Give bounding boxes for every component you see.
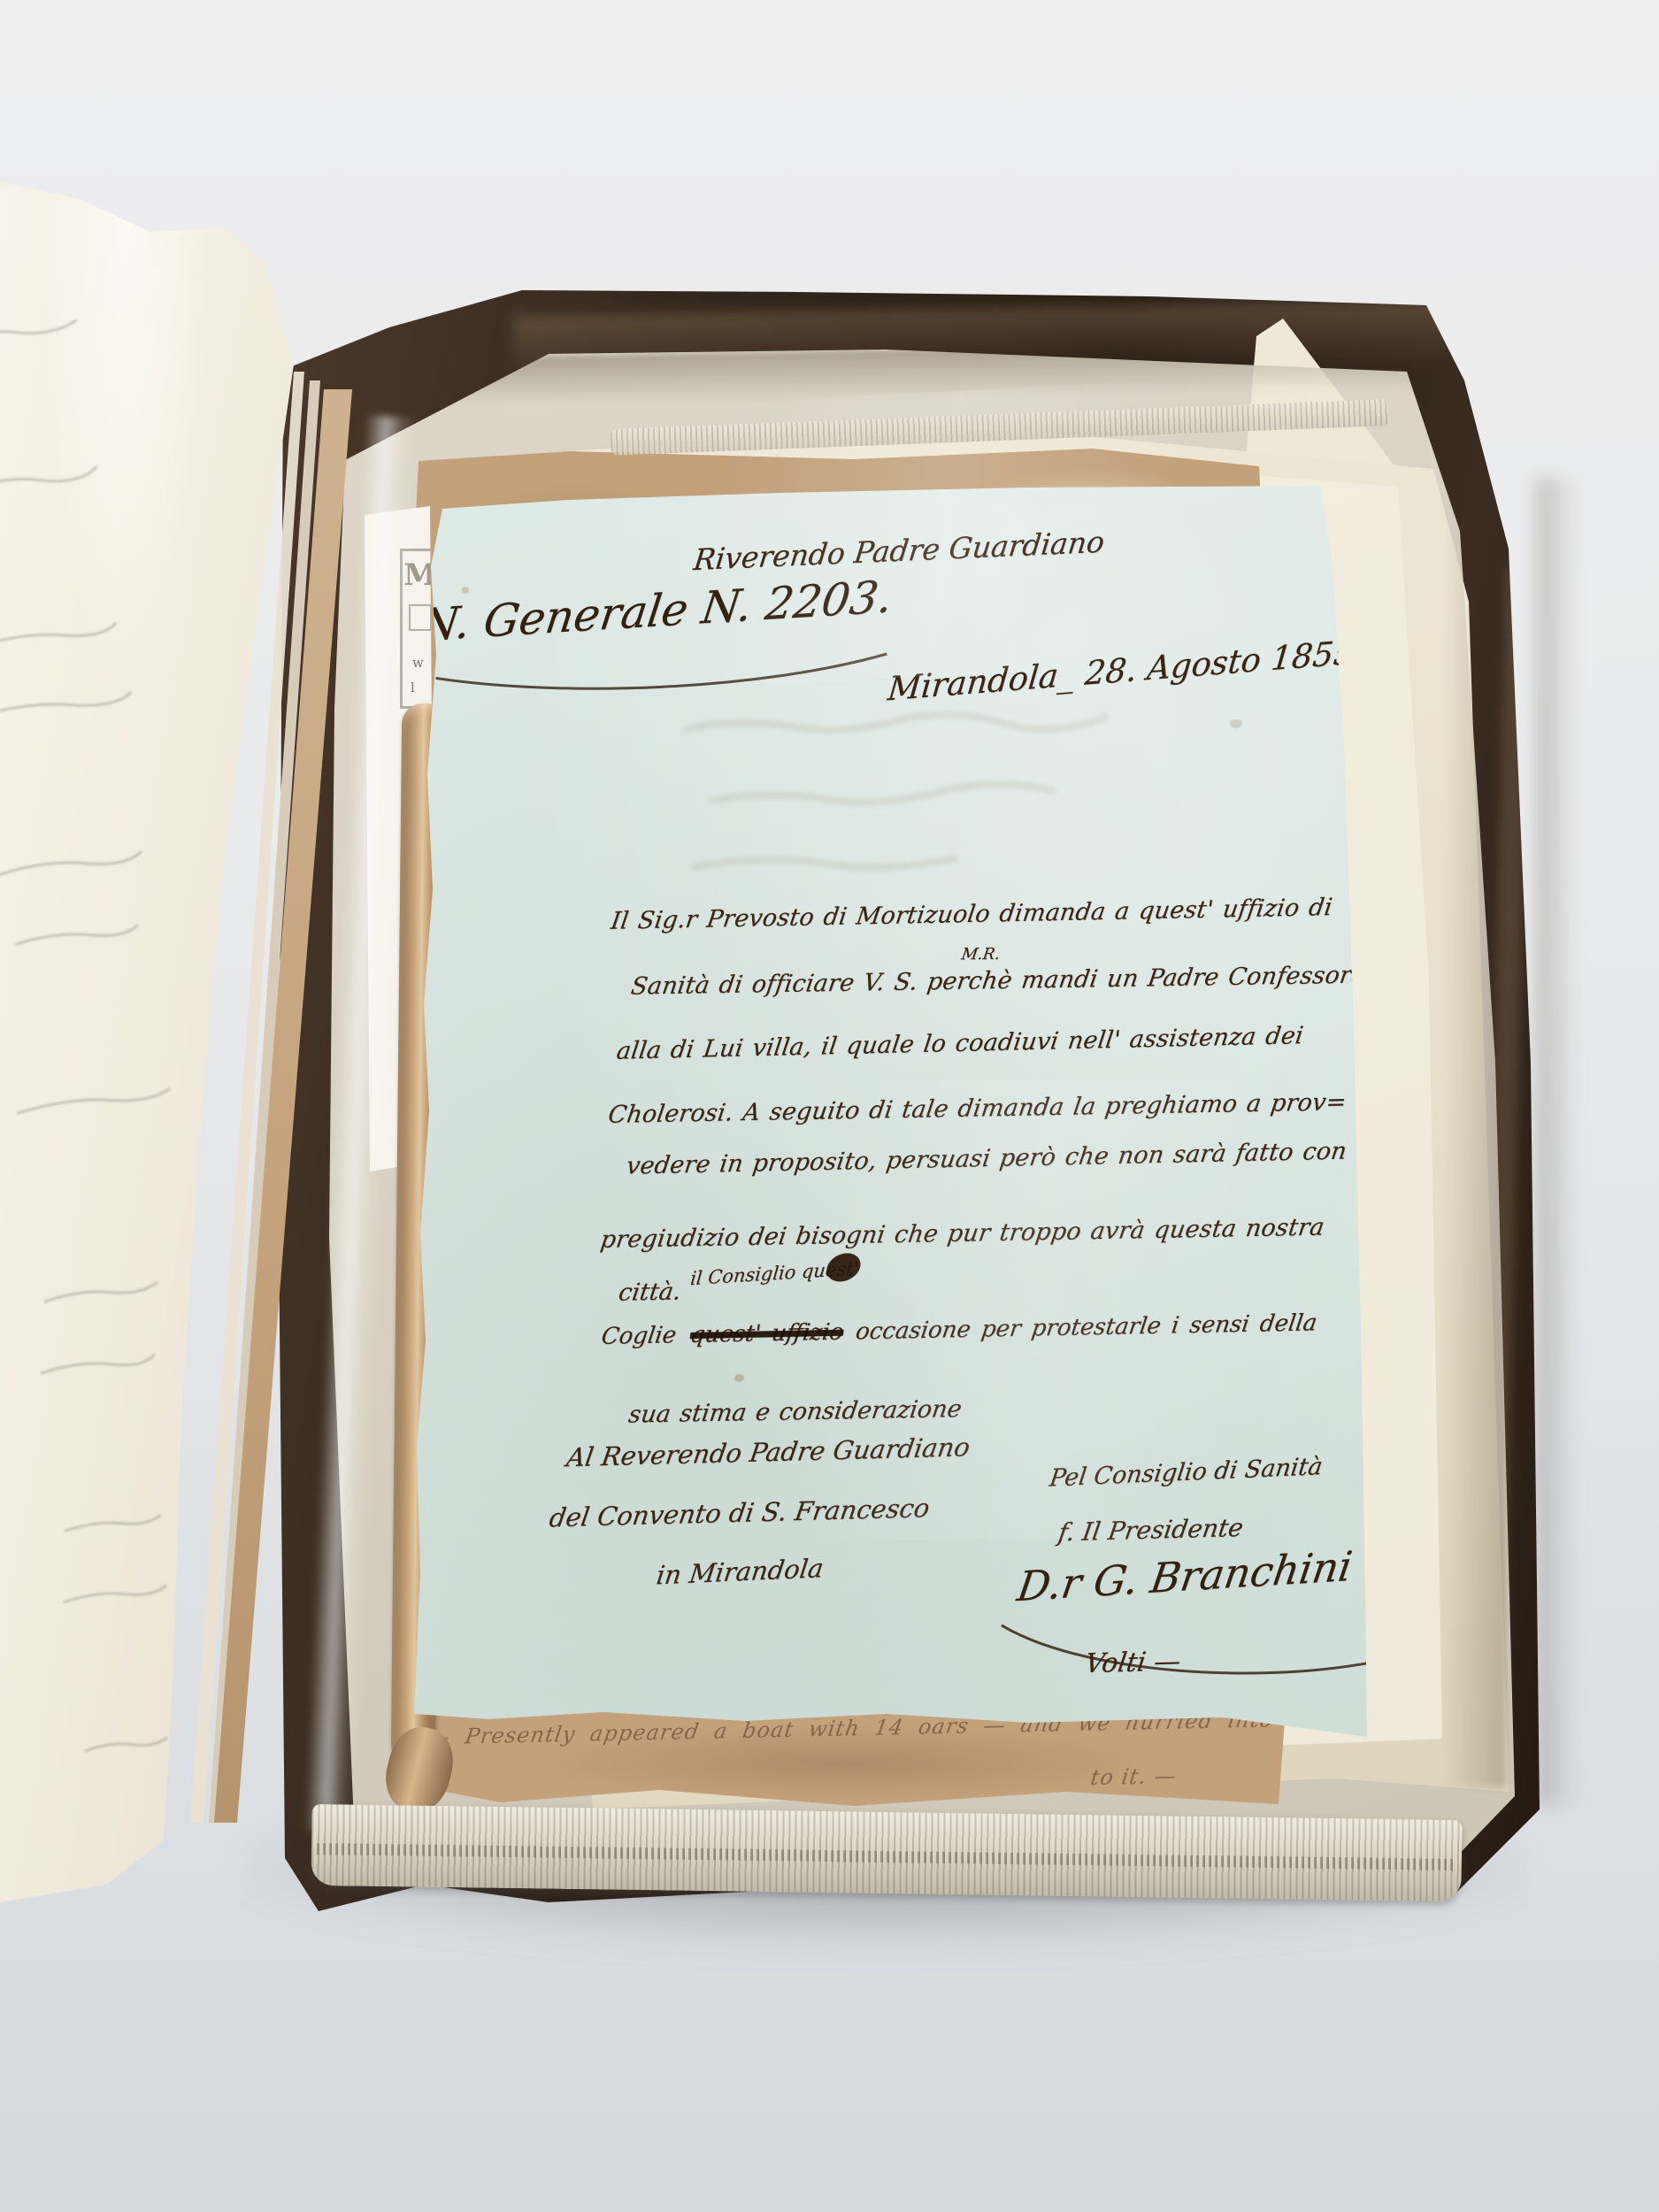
letter-closing-line: f. Il Presidente <box>1056 1513 1245 1548</box>
letter-body-line: vedere in proposito, persuasi però che n… <box>625 1138 1348 1180</box>
letter-body-line: Sanità di officiare V. S. perchè mandi u… <box>629 961 1368 1000</box>
ink-blot <box>822 1248 865 1286</box>
letter-last-line: sua stima e considerazione <box>626 1395 963 1429</box>
letter-closing-line: Pel Consiglio di Sanità <box>1048 1453 1324 1493</box>
line8-post: occasione per protestarle i sensi della <box>854 1310 1318 1345</box>
pencil-note-line-2: to it. — <box>1089 1763 1179 1790</box>
archive-photo: g — Presently appeared a boat with 14 oa… <box>0 0 1659 2212</box>
letter-body-line: alla di Lui villa, il quale lo coadiuvi … <box>615 1022 1305 1065</box>
letter-address-line: Al Reverendo Padre Guardiano <box>565 1432 972 1472</box>
letter-body-line: pregiudizio dei bisogni che pur troppo a… <box>599 1214 1326 1254</box>
sleeve-ribbed-bottom-edge <box>311 1804 1462 1901</box>
letter-superscript-note: M.R. <box>960 945 1002 964</box>
letter-turn-note: Volti — <box>1083 1646 1183 1679</box>
letter-body-line: Il Sig.r Prevosto di Mortizuolo dimanda … <box>610 894 1334 935</box>
blue-letter: Riverendo Padre Guardiano N. Generale N.… <box>409 482 1369 1761</box>
letter-address-line: in Mirandola <box>655 1553 826 1590</box>
letter-handwriting: Riverendo Padre Guardiano N. Generale N.… <box>403 478 1375 1764</box>
letter-dateline: Mirandola_ 28. Agosto 1855. <box>886 633 1366 709</box>
letter-body-line: Cholerosi. A seguito di tale dimanda la … <box>606 1088 1348 1129</box>
printed-mark-w: w <box>412 655 424 671</box>
letter-salutation: Riverendo Padre Guardiano <box>692 525 1106 577</box>
letter-protocol-number: N. Generale N. 2203. <box>417 571 895 651</box>
protocol-underline-flourish <box>422 643 900 692</box>
letter-address-line: del Convento di S. Francesco <box>548 1493 932 1532</box>
folder-side-shadow <box>1536 478 1577 1805</box>
letter-body-line: città. <box>617 1278 682 1306</box>
printed-mark-l: l <box>411 680 415 695</box>
line8-struck-text: quest' uffizio <box>688 1319 845 1348</box>
monogram-subbox <box>409 604 432 631</box>
letter-body-line-corrected: Cogliequest' uffiziooccasione per protes… <box>600 1310 1318 1350</box>
line8-pre: Coglie <box>600 1322 678 1350</box>
